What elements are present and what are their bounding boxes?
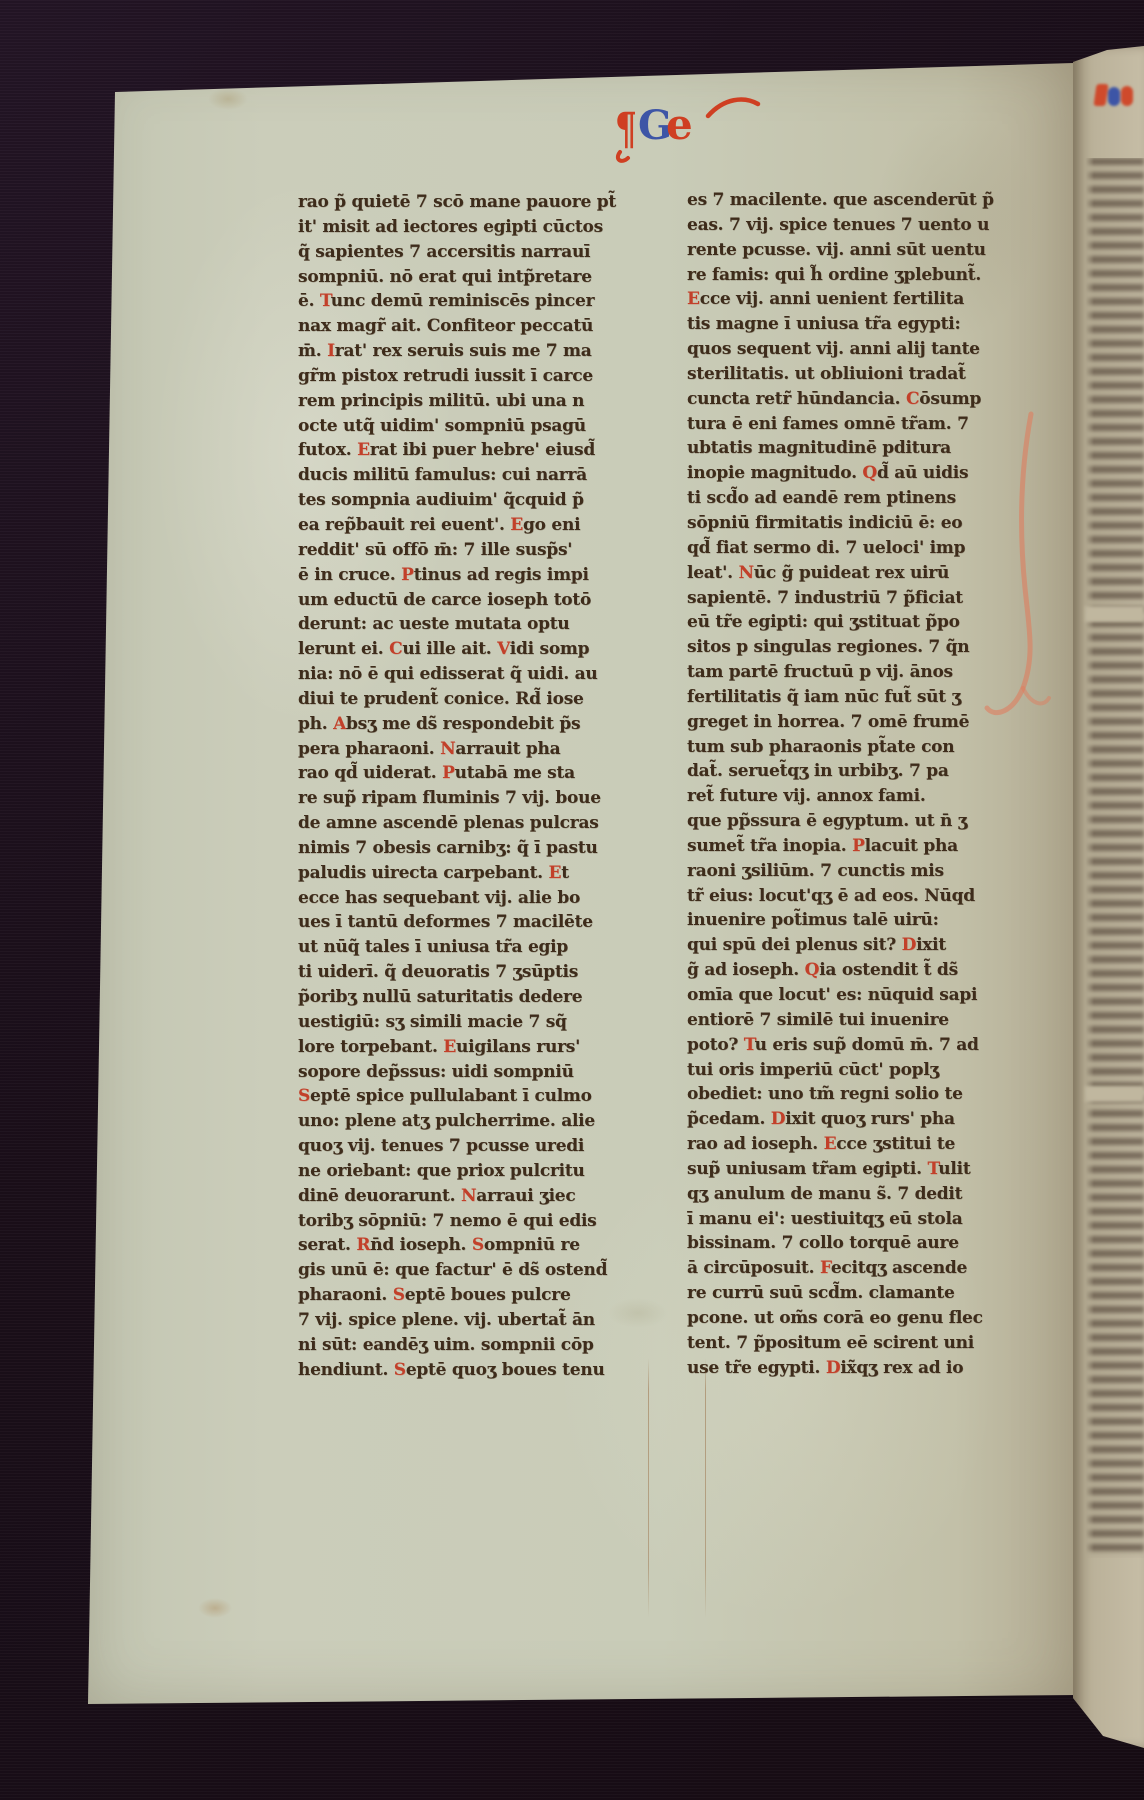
- manuscript-text-line: rem principis militū. ubi una n: [298, 389, 650, 414]
- manuscript-text-segment: ix̃qʒ rex ad io: [840, 1358, 963, 1378]
- manuscript-text-segment: cce vij. anni uenient fertilita: [700, 289, 964, 309]
- manuscript-text-segment: hendiunt.: [298, 1360, 394, 1380]
- manuscript-text-line: ducis militū famulus: cui narrā: [298, 463, 650, 488]
- manuscript-text-segment: sitos p singulas regiones. 7 q̃n: [687, 637, 969, 657]
- manuscript-text-line: rao p̃ quietē 7 scō mane pauore pt̃: [298, 190, 650, 215]
- rubricated-letter: N: [461, 1186, 476, 1206]
- manuscript-text-line: es 7 macilente. que ascenderūt p̃: [687, 188, 1039, 213]
- manuscript-text-line: ā circūposuit. Fecitqʒ ascende: [687, 1256, 1039, 1281]
- rubricated-letter: N: [440, 739, 455, 759]
- manuscript-text-segment: bissinam. 7 collo torquē aure: [687, 1233, 959, 1253]
- rubricated-letter: T: [744, 1035, 755, 1055]
- manuscript-text-segment: raoni ʒsiliūm. 7 cunctis mis: [687, 861, 944, 881]
- column-ruling-line: [705, 1358, 706, 1618]
- manuscript-text-line: reddit' sū offō m̄: 7 ille susp̃s': [298, 538, 650, 563]
- manuscript-text-line: derunt: ac ueste mutata optu: [298, 612, 650, 637]
- manuscript-text-segment: toribʒ sōpniū: 7 nemo ē qui edis: [298, 1211, 597, 1231]
- manuscript-text-segment: paludis uirecta carpebant.: [298, 863, 549, 883]
- manuscript-text-segment: entiorē 7 similē tui inuenire: [687, 1010, 949, 1030]
- manuscript-text-segment: tinus ad regis impi: [414, 565, 589, 585]
- running-header: ¶ G e: [612, 94, 772, 164]
- rubricated-letter: E: [687, 289, 700, 309]
- manuscript-text-segment: ūc g̃ puideat rex uirū: [754, 563, 949, 583]
- manuscript-text-segment: derunt: ac ueste mutata optu: [298, 614, 569, 634]
- manuscript-text-segment: quos sequent vij. anni alij tante: [687, 339, 980, 359]
- manuscript-text-segment: octe utq̃ uidim' sompniū psagū: [298, 416, 586, 436]
- manuscript-text-segment: ecitqʒ ascende: [831, 1258, 967, 1278]
- rubricated-letter: E: [510, 515, 523, 535]
- manuscript-text-segment: ē.: [298, 291, 320, 311]
- manuscript-text-segment: ia ostendit t̃ ds̃: [819, 960, 958, 980]
- manuscript-text-line: de amne ascendē plenas pulcras: [298, 811, 650, 836]
- manuscript-text-segment: greget in horrea. 7 omē frumē: [687, 712, 969, 732]
- manuscript-text-line: re famis: qui h̃ ordine ʒplebunt̃.: [687, 263, 1039, 288]
- manuscript-text-segment: p̃cedam.: [687, 1109, 771, 1129]
- manuscript-text-segment: u eris sup̃ domū m̄. 7 ad: [755, 1035, 979, 1055]
- manuscript-text-line: tr̃ eius: locut'qʒ ē ad eos. Nūqd: [687, 884, 1039, 909]
- facing-running-header-ornament-icon: [1095, 82, 1135, 112]
- manuscript-text-segment: dat̃. seruet̃qʒ in urbibʒ. 7 pa: [687, 761, 949, 781]
- manuscript-text-segment: ducis militū famulus: cui narrā: [298, 465, 587, 485]
- manuscript-text-line: um eductū de carce ioseph totō: [298, 588, 650, 613]
- manuscript-text-segment: q̃ sapientes 7 accersitis narrauī: [298, 242, 590, 262]
- manuscript-text-segment: ē in cruce.: [298, 565, 401, 585]
- manuscript-page: ¶ G e rao p̃ quietē 7 scō mane pauore pt…: [88, 58, 1074, 1704]
- manuscript-text-line: gis unū ē: que factur' ē ds̃ ostend̃: [298, 1258, 650, 1283]
- manuscript-text-line: tum sub pharaonis pt̃ate con: [687, 735, 1039, 760]
- rubricated-letter: E: [357, 440, 370, 460]
- manuscript-text-segment: diui te prudent̃ conice. Rd̃ iose: [298, 689, 584, 709]
- manuscript-text-line: ē. Tunc demū reminiscēs pincer: [298, 289, 650, 314]
- manuscript-text-line: dat̃. seruet̃qʒ in urbibʒ. 7 pa: [687, 759, 1039, 784]
- manuscript-text-line: pcone. ut om̃s corā eo genu flec: [687, 1306, 1039, 1331]
- manuscript-text-line: uestigiū: sʒ simili macie 7 sq̃: [298, 1010, 650, 1035]
- rubricated-letter: Q: [862, 463, 877, 483]
- manuscript-text-segment: ret̃ future vij. annox fami.: [687, 786, 926, 806]
- manuscript-text-segment: ompniū re: [484, 1235, 580, 1255]
- manuscript-text-line: sompniū. nō erat qui intp̃retare: [298, 265, 650, 290]
- manuscript-text-line: ne oriebant: que priox pulcritu: [298, 1159, 650, 1184]
- manuscript-text-line: rao ad ioseph. Ecce ʒstitui te: [687, 1132, 1039, 1157]
- manuscript-text-segment: sumet̃ tr̃a inopia.: [687, 836, 852, 856]
- manuscript-text-line: paludis uirecta carpebant. Et: [298, 861, 650, 886]
- manuscript-text-line: nimis 7 obesis carnibʒ: q̃ ī pastu: [298, 836, 650, 861]
- rubricated-letter: E: [549, 863, 562, 883]
- manuscript-text-line: 7 vij. spice plene. vij. ubertat̃ ān: [298, 1308, 650, 1333]
- manuscript-text-segment: ui ille ait.: [402, 639, 497, 659]
- manuscript-text-line: serat. Rn̄d ioseph. Sompniū re: [298, 1233, 650, 1258]
- rubricated-letter: I: [327, 341, 335, 361]
- manuscript-text-line: ph. Absʒ me ds̃ respondebit p̃s: [298, 712, 650, 737]
- manuscript-text-segment: que pp̃ssura ē egyptum. ut n̄ ʒ: [687, 811, 967, 831]
- manuscript-text-line: nia: nō ē qui edisserat q̃ uidi. au: [298, 662, 650, 687]
- rubricated-letter: R: [356, 1235, 370, 1255]
- rubricated-letter: D: [771, 1109, 786, 1129]
- header-paraph-icon: ¶: [615, 108, 637, 152]
- manuscript-text-line: entiorē 7 similē tui inuenire: [687, 1008, 1039, 1033]
- manuscript-text-line: ecce has sequebant vij. alie bo: [298, 886, 650, 911]
- manuscript-text-segment: unc demū reminiscēs pincer: [331, 291, 595, 311]
- manuscript-text-segment: poto?: [687, 1035, 744, 1055]
- manuscript-text-segment: lerunt ei.: [298, 639, 389, 659]
- manuscript-text-segment: tui oris imperiū cūct' poplʒ: [687, 1060, 939, 1080]
- manuscript-text-line: toribʒ sōpniū: 7 nemo ē qui edis: [298, 1209, 650, 1234]
- manuscript-text-line: lore torpebant. Euigilans rurs': [298, 1035, 650, 1060]
- rubricated-letter: P: [852, 836, 865, 856]
- manuscript-text-segment: cce ʒstitui te: [836, 1134, 955, 1154]
- manuscript-text-segment: ixit quoʒ rurs' pha: [785, 1109, 954, 1129]
- manuscript-text-line: qʒ anulum de manu s̃. 7 dedit: [687, 1182, 1039, 1207]
- manuscript-text-segment: ā circūposuit.: [687, 1258, 820, 1278]
- manuscript-text-line: obediet: uno tm̃ regni solio te: [687, 1082, 1039, 1107]
- manuscript-text-line: ea rep̃bauit rei euent'. Ego eni: [298, 513, 650, 538]
- manuscript-text-line: m̄. Irat' rex seruis suis me 7 ma: [298, 339, 650, 364]
- manuscript-text-line: eas. 7 vij. spice tenues 7 uento u: [687, 213, 1039, 238]
- manuscript-text-segment: inopie magnitudo.: [687, 463, 862, 483]
- manuscript-text-line: pharaoni. Septē boues pulcre: [298, 1283, 650, 1308]
- manuscript-text-segment: go eni: [523, 515, 580, 535]
- manuscript-text-segment: serat.: [298, 1235, 356, 1255]
- manuscript-text-segment: ne oriebant: que priox pulcritu: [298, 1161, 585, 1181]
- manuscript-text-segment: tes sompnia audiuim' q̃cquid p̃: [298, 490, 584, 510]
- manuscript-text-segment: ecce has sequebant vij. alie bo: [298, 888, 580, 908]
- manuscript-text-segment: ut nūq̃ tales ī uniusa tr̃a egip: [298, 937, 568, 957]
- manuscript-text-line: omīa que locut' es: nūquid sapi: [687, 983, 1039, 1008]
- manuscript-text-line: hendiunt. Septē quoʒ boues tenu: [298, 1358, 650, 1383]
- manuscript-text-segment: p̃oribʒ nullū saturitatis dedere: [298, 987, 582, 1007]
- manuscript-text-segment: rente pcusse. vij. anni sūt uentu: [687, 240, 986, 260]
- manuscript-text-segment: sōpniū firmitatis indiciū ē: eo: [687, 513, 962, 533]
- manuscript-text-segment: arraui ʒiec: [476, 1186, 575, 1206]
- manuscript-text-segment: idi somp: [510, 639, 590, 659]
- manuscript-text-segment: pcone. ut om̃s corā eo genu flec: [687, 1308, 983, 1328]
- manuscript-text-line: ī manu ei': uestiuitqʒ eū stola: [687, 1207, 1039, 1232]
- rubricated-letter: S: [472, 1235, 484, 1255]
- manuscript-text-line: ni sūt: eandēʒ uim. sompnii cōp: [298, 1333, 650, 1358]
- manuscript-text-line: futox. Erat ibi puer hebre' eiusd̃: [298, 438, 650, 463]
- manuscript-text-segment: rat' rex seruis suis me 7 ma: [335, 341, 592, 361]
- manuscript-text-segment: use tr̃e egypti.: [687, 1358, 826, 1378]
- manuscript-text-segment: obediet: uno tm̃ regni solio te: [687, 1084, 963, 1104]
- manuscript-text-segment: ea rep̃bauit rei euent'.: [298, 515, 510, 535]
- header-letter-e: e: [666, 104, 693, 146]
- parchment-stain: [208, 88, 248, 110]
- rubricated-letter: D: [902, 935, 917, 955]
- manuscript-text-segment: uestigiū: sʒ simili macie 7 sq̃: [298, 1012, 567, 1032]
- manuscript-text-segment: re currū suū scd̃m. clamante: [687, 1283, 955, 1303]
- manuscript-text-segment: rao p̃ quietē 7 scō mane pauore pt̃: [298, 192, 616, 212]
- manuscript-text-line: tes sompnia audiuim' q̃cquid p̃: [298, 488, 650, 513]
- manuscript-text-line: quoʒ vij. tenues 7 pcusse uredi: [298, 1134, 650, 1159]
- manuscript-text-segment: tent. 7 p̃positum eē scirent uni: [687, 1333, 974, 1353]
- manuscript-text-segment: nax magr̃ ait. Confiteor peccatū: [298, 316, 593, 336]
- rubricated-letter: S: [393, 1285, 405, 1305]
- manuscript-text-segment: ōsump: [919, 389, 981, 409]
- manuscript-text-segment: gis unū ē: que factur' ē ds̃ ostend̃: [298, 1260, 607, 1280]
- manuscript-text-segment: qʒ anulum de manu s̃. 7 dedit: [687, 1184, 962, 1204]
- manuscript-text-segment: reddit' sū offō m̄: 7 ille susp̃s': [298, 540, 572, 560]
- manuscript-text-segment: eptē boues pulcre: [405, 1285, 571, 1305]
- manuscript-text-line: tui oris imperiū cūct' poplʒ: [687, 1058, 1039, 1083]
- manuscript-text-line: nax magr̃ ait. Confiteor peccatū: [298, 314, 650, 339]
- manuscript-text-segment: ubtatis magnitudinē pditura: [687, 438, 951, 458]
- manuscript-text-segment: omīa que locut' es: nūquid sapi: [687, 985, 977, 1005]
- rubricated-letter: A: [333, 714, 346, 734]
- manuscript-text-line: re currū suū scd̃m. clamante: [687, 1281, 1039, 1306]
- manuscript-text-segment: uigilans rurs': [456, 1037, 580, 1057]
- manuscript-text-segment: rao qd̃ uiderat.: [298, 763, 442, 783]
- manuscript-text-segment: cuncta retr̃ hūndancia.: [687, 389, 906, 409]
- manuscript-text-line: qui spū dei plenus sit? Dixit: [687, 933, 1039, 958]
- parchment-stain: [198, 1598, 232, 1618]
- manuscript-text-line: pera pharaoni. Narrauit pha: [298, 737, 650, 762]
- manuscript-text-line: rao qd̃ uiderat. Putabā me sta: [298, 761, 650, 786]
- rubricated-letter: S: [298, 1086, 310, 1106]
- manuscript-text-line: Ecce vij. anni uenient fertilita: [687, 287, 1039, 312]
- manuscript-text-line: octe utq̃ uidim' sompniū psagū: [298, 414, 650, 439]
- column-ruling-line: [648, 1358, 649, 1618]
- manuscript-text-segment: um eductū de carce ioseph totō: [298, 590, 591, 610]
- manuscript-text-line: p̃cedam. Dixit quoʒ rurs' pha: [687, 1107, 1039, 1132]
- rubricated-letter: V: [497, 639, 510, 659]
- manuscript-text-segment: gr̃m pistox retrudi iussit ī carce: [298, 366, 593, 386]
- manuscript-text-line: re sup̃ ripam fluminis 7 vij. boue: [298, 786, 650, 811]
- facing-page-column-gap: [1085, 1086, 1144, 1102]
- manuscript-text-segment: utabā me sta: [455, 763, 575, 783]
- manuscript-text-line: rente pcusse. vij. anni sūt uentu: [687, 238, 1039, 263]
- manuscript-text-segment: rao ad ioseph.: [687, 1134, 824, 1154]
- manuscript-text-segment: d̃ aū uidis: [877, 463, 968, 483]
- manuscript-text-segment: eas. 7 vij. spice tenues 7 uento u: [687, 215, 989, 235]
- rubricated-letter: P: [401, 565, 414, 585]
- manuscript-text-segment: uno: plene atʒ pulcherrime. alie: [298, 1111, 595, 1131]
- manuscript-text-segment: re sup̃ ripam fluminis 7 vij. boue: [298, 788, 601, 808]
- manuscript-text-line: poto? Tu eris sup̃ domū m̄. 7 ad: [687, 1033, 1039, 1058]
- manuscript-text-segment: leat'.: [687, 563, 738, 583]
- manuscript-text-segment: rem principis militū. ubi una n: [298, 391, 584, 411]
- manuscript-text-segment: sterilitatis. ut obliuioni tradat̃: [687, 364, 966, 384]
- manuscript-text-line: ti uiderī. q̃ deuoratis 7 ʒsūptis: [298, 960, 650, 985]
- manuscript-text-segment: ti scd̃o ad eandē rem ptinens: [687, 488, 956, 508]
- manuscript-text-segment: sopore dep̃ssus: uidi sompniū: [298, 1062, 574, 1082]
- manuscript-text-segment: de amne ascendē plenas pulcras: [298, 813, 599, 833]
- rubricated-letter: C: [389, 639, 402, 659]
- facing-page-column-gap: [1085, 606, 1144, 622]
- rubricated-letter: C: [906, 389, 919, 409]
- manuscript-text-segment: inuenire pot̃imus talē uirū:: [687, 910, 939, 930]
- manuscript-text-segment: m̄.: [298, 341, 327, 361]
- manuscript-text-line: que pp̃ssura ē egyptum. ut n̄ ʒ: [687, 809, 1039, 834]
- manuscript-text-segment: it' misit ad iectores egipti cūctos: [298, 217, 603, 237]
- manuscript-text-line: gr̃m pistox retrudi iussit ī carce: [298, 364, 650, 389]
- photograph-background: ¶ G e rao p̃ quietē 7 scō mane pauore pt…: [0, 0, 1144, 1800]
- manuscript-text-line: tis magne ī uniusa tr̃a egypti:: [687, 312, 1039, 337]
- rubricated-letter: N: [738, 563, 753, 583]
- manuscript-text-segment: sup̃ uniusam tr̃am egipti.: [687, 1159, 927, 1179]
- text-column-right: es 7 macilente. que ascenderūt p̃eas. 7 …: [687, 188, 1039, 1381]
- manuscript-text-segment: arrauit pha: [455, 739, 560, 759]
- rubricated-letter: E: [824, 1134, 837, 1154]
- manuscript-text-segment: 7 vij. spice plene. vij. ubertat̃ ān: [298, 1310, 595, 1330]
- facing-page-text-blur: [1085, 158, 1144, 1558]
- manuscript-text-segment: dinē deuorarunt.: [298, 1186, 461, 1206]
- manuscript-text-segment: tura ē eni fames omnē tr̃am. 7: [687, 414, 969, 434]
- manuscript-text-segment: ti uiderī. q̃ deuoratis 7 ʒsūptis: [298, 962, 578, 982]
- manuscript-text-segment: g̃ ad ioseph.: [687, 960, 805, 980]
- manuscript-text-segment: eptē spice pullulabant ī culmo: [310, 1086, 592, 1106]
- manuscript-text-segment: fertilitatis q̃ iam nūc fut̃ sūt ʒ: [687, 687, 961, 707]
- manuscript-text-segment: ni sūt: eandēʒ uim. sompnii cōp: [298, 1335, 594, 1355]
- manuscript-text-line: sumet̃ tr̃a inopia. Placuit pha: [687, 834, 1039, 859]
- manuscript-text-line: bissinam. 7 collo torquē aure: [687, 1231, 1039, 1256]
- facing-page-edge: [1073, 46, 1144, 1748]
- manuscript-text-segment: rat ibi puer hebre' eiusd̃: [370, 440, 595, 460]
- manuscript-text-segment: sapientē. 7 industriū 7 p̃ficiat: [687, 588, 963, 608]
- manuscript-text-segment: ī manu ei': uestiuitqʒ eū stola: [687, 1209, 962, 1229]
- manuscript-text-line: ē in cruce. Ptinus ad regis impi: [298, 563, 650, 588]
- manuscript-text-line: p̃oribʒ nullū saturitatis dedere: [298, 985, 650, 1010]
- manuscript-text-line: sterilitatis. ut obliuioni tradat̃: [687, 362, 1039, 387]
- manuscript-text-segment: nimis 7 obesis carnibʒ: q̃ ī pastu: [298, 838, 598, 858]
- manuscript-text-line: g̃ ad ioseph. Qia ostendit t̃ ds̃: [687, 958, 1039, 983]
- manuscript-text-segment: qui spū dei plenus sit?: [687, 935, 902, 955]
- manuscript-text-segment: lacuit pha: [865, 836, 958, 856]
- manuscript-text-segment: ulit: [938, 1159, 970, 1179]
- manuscript-text-segment: ues ī tantū deformes 7 macilēte: [298, 912, 593, 932]
- manuscript-text-line: q̃ sapientes 7 accersitis narrauī: [298, 240, 650, 265]
- rubricated-letter: T: [927, 1159, 938, 1179]
- manuscript-text-segment: t: [561, 863, 569, 883]
- manuscript-text-segment: ph.: [298, 714, 333, 734]
- marginal-flourish: [983, 408, 1053, 738]
- manuscript-text-segment: tr̃ eius: locut'qʒ ē ad eos. Nūqd: [687, 886, 975, 906]
- manuscript-text-segment: futox.: [298, 440, 357, 460]
- manuscript-text-segment: re famis: qui h̃ ordine ʒplebunt̃.: [687, 265, 981, 285]
- manuscript-text-line: ues ī tantū deformes 7 macilēte: [298, 910, 650, 935]
- rubricated-letter: D: [826, 1358, 841, 1378]
- rubricated-letter: F: [820, 1258, 831, 1278]
- manuscript-text-segment: pera pharaoni.: [298, 739, 440, 759]
- manuscript-text-line: lerunt ei. Cui ille ait. Vidi somp: [298, 637, 650, 662]
- manuscript-text-segment: eptē quoʒ boues tenu: [406, 1360, 605, 1380]
- manuscript-text-line: raoni ʒsiliūm. 7 cunctis mis: [687, 859, 1039, 884]
- manuscript-text-segment: qd̃ fiat sermo di. 7 ueloci' imp: [687, 538, 965, 558]
- rubricated-letter: P: [442, 763, 455, 783]
- manuscript-text-line: diui te prudent̃ conice. Rd̃ iose: [298, 687, 650, 712]
- manuscript-text-segment: sompniū. nō erat qui intp̃retare: [298, 267, 592, 287]
- manuscript-text-segment: quoʒ vij. tenues 7 pcusse uredi: [298, 1136, 584, 1156]
- rubricated-letter: S: [394, 1360, 406, 1380]
- manuscript-text-line: uno: plene atʒ pulcherrime. alie: [298, 1109, 650, 1134]
- manuscript-text-line: Septē spice pullulabant ī culmo: [298, 1084, 650, 1109]
- rubricated-letter: Q: [805, 960, 820, 980]
- manuscript-text-segment: n̄d ioseph.: [370, 1235, 472, 1255]
- rubricated-letter: E: [443, 1037, 456, 1057]
- manuscript-text-line: ut nūq̃ tales ī uniusa tr̃a egip: [298, 935, 650, 960]
- manuscript-text-segment: es 7 macilente. que ascenderūt p̃: [687, 190, 994, 210]
- manuscript-text-segment: lore torpebant.: [298, 1037, 443, 1057]
- manuscript-text-segment: nia: nō ē qui edisserat q̃ uidi. au: [298, 664, 598, 684]
- text-column-left: rao p̃ quietē 7 scō mane pauore pt̃it' m…: [298, 190, 650, 1383]
- manuscript-text-segment: tam partē fructuū p vij. ānos: [687, 662, 953, 682]
- manuscript-text-line: tent. 7 p̃positum eē scirent uni: [687, 1331, 1039, 1356]
- manuscript-text-segment: eū tr̃e egipti: qui ʒstituat p̃po: [687, 612, 960, 632]
- manuscript-text-segment: tis magne ī uniusa tr̃a egypti:: [687, 314, 961, 334]
- manuscript-text-line: quos sequent vij. anni alij tante: [687, 337, 1039, 362]
- manuscript-text-segment: bsʒ me ds̃ respondebit p̃s: [346, 714, 580, 734]
- manuscript-text-line: inuenire pot̃imus talē uirū:: [687, 908, 1039, 933]
- manuscript-text-line: sopore dep̃ssus: uidi sompniū: [298, 1060, 650, 1085]
- manuscript-text-segment: pharaoni.: [298, 1285, 393, 1305]
- manuscript-text-line: ret̃ future vij. annox fami.: [687, 784, 1039, 809]
- manuscript-text-segment: ixit: [916, 935, 946, 955]
- manuscript-text-segment: tum sub pharaonis pt̃ate con: [687, 737, 954, 757]
- rubricated-letter: T: [320, 291, 331, 311]
- manuscript-text-line: use tr̃e egypti. Dix̃qʒ rex ad io: [687, 1356, 1039, 1381]
- manuscript-text-line: sup̃ uniusam tr̃am egipti. Tulit: [687, 1157, 1039, 1182]
- manuscript-text-line: it' misit ad iectores egipti cūctos: [298, 215, 650, 240]
- manuscript-text-line: dinē deuorarunt. Narraui ʒiec: [298, 1184, 650, 1209]
